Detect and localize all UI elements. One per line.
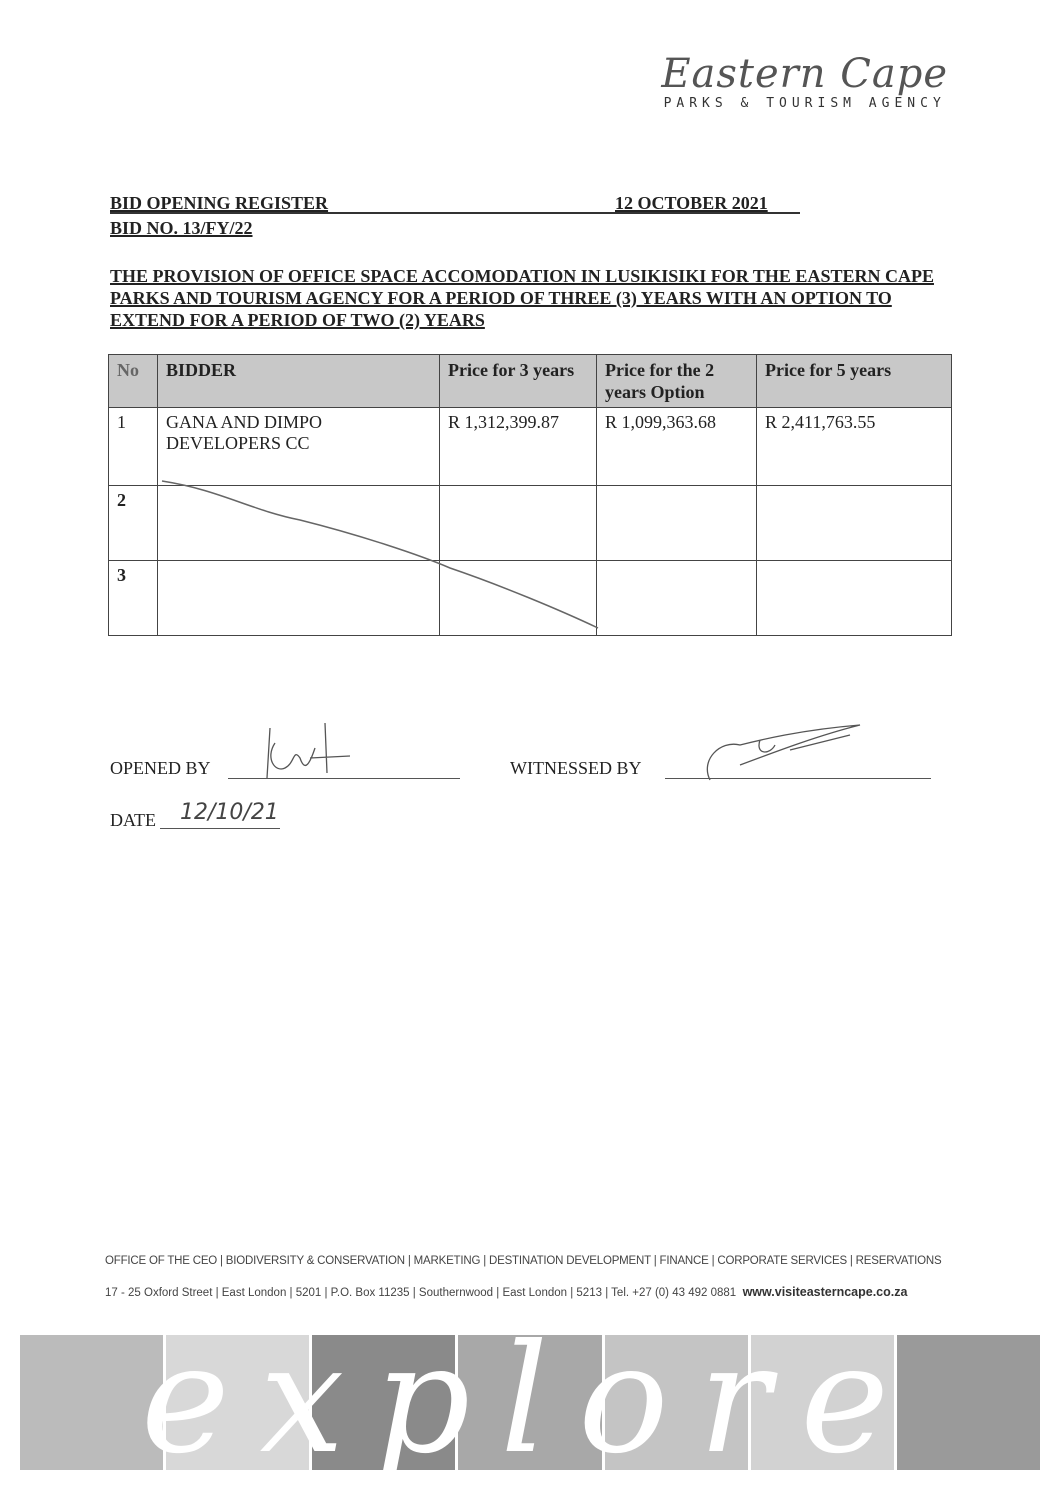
row-no: 3 — [109, 561, 158, 636]
table-row: 3 — [109, 561, 952, 636]
table-header-row: No BIDDER Price for 3 years Price for th… — [109, 355, 952, 408]
row-price-3 — [440, 486, 597, 561]
date-value: 12/10/21 — [180, 800, 279, 825]
bid-table: No BIDDER Price for 3 years Price for th… — [108, 354, 952, 636]
bid-title: THE PROVISION OF OFFICE SPACE ACCOMODATI… — [110, 265, 960, 331]
row-price-5 — [757, 561, 952, 636]
footer-departments: OFFICE OF THE CEO | BIODIVERSITY & CONSE… — [105, 1255, 941, 1267]
row-no: 2 — [109, 486, 158, 561]
opened-by-label: OPENED BY — [110, 758, 211, 779]
opened-by-signature — [255, 718, 355, 788]
date-label: DATE — [110, 810, 156, 831]
row-price-3 — [440, 561, 597, 636]
bid-number: BID NO. 13/FY/22 — [110, 218, 253, 239]
logo-subtitle: PARKS & TOURISM AGENCY — [661, 96, 948, 111]
agency-logo: Eastern Cape PARKS & TOURISM AGENCY — [661, 52, 948, 111]
footer-website[interactable]: www.visiteasterncape.co.za — [743, 1285, 908, 1299]
witnessed-by-label: WITNESSED BY — [510, 758, 642, 779]
row-bidder: GANA AND DIMPO DEVELOPERS CC — [158, 408, 440, 486]
row-price-5: R 2,411,763.55 — [757, 408, 952, 486]
register-date: 12 OCTOBER 2021 — [615, 193, 768, 214]
row-bidder — [158, 486, 440, 561]
row-price-5 — [757, 486, 952, 561]
col-price-2: Price for the 2 years Option — [597, 355, 757, 408]
row-price-2 — [597, 486, 757, 561]
row-no: 1 — [109, 408, 158, 486]
register-title: BID OPENING REGISTER — [110, 193, 328, 214]
col-no: No — [109, 355, 158, 408]
col-price-3: Price for 3 years — [440, 355, 597, 408]
col-bidder: BIDDER — [158, 355, 440, 408]
table-row: 2 — [109, 486, 952, 561]
date-line — [160, 828, 280, 829]
explore-word: explore — [20, 1320, 1040, 1480]
logo-script: Eastern Cape — [661, 52, 948, 96]
footer-address-text: 17 - 25 Oxford Street | East London | 52… — [105, 1287, 736, 1299]
table-row: 1 GANA AND DIMPO DEVELOPERS CC R 1,312,3… — [109, 408, 952, 486]
witnessed-by-signature — [700, 720, 870, 790]
col-price-5: Price for 5 years — [757, 355, 952, 408]
row-bidder — [158, 561, 440, 636]
row-price-3: R 1,312,399.87 — [440, 408, 597, 486]
footer-address: 17 - 25 Oxford Street | East London | 52… — [105, 1285, 907, 1299]
row-price-2: R 1,099,363.68 — [597, 408, 757, 486]
row-price-2 — [597, 561, 757, 636]
